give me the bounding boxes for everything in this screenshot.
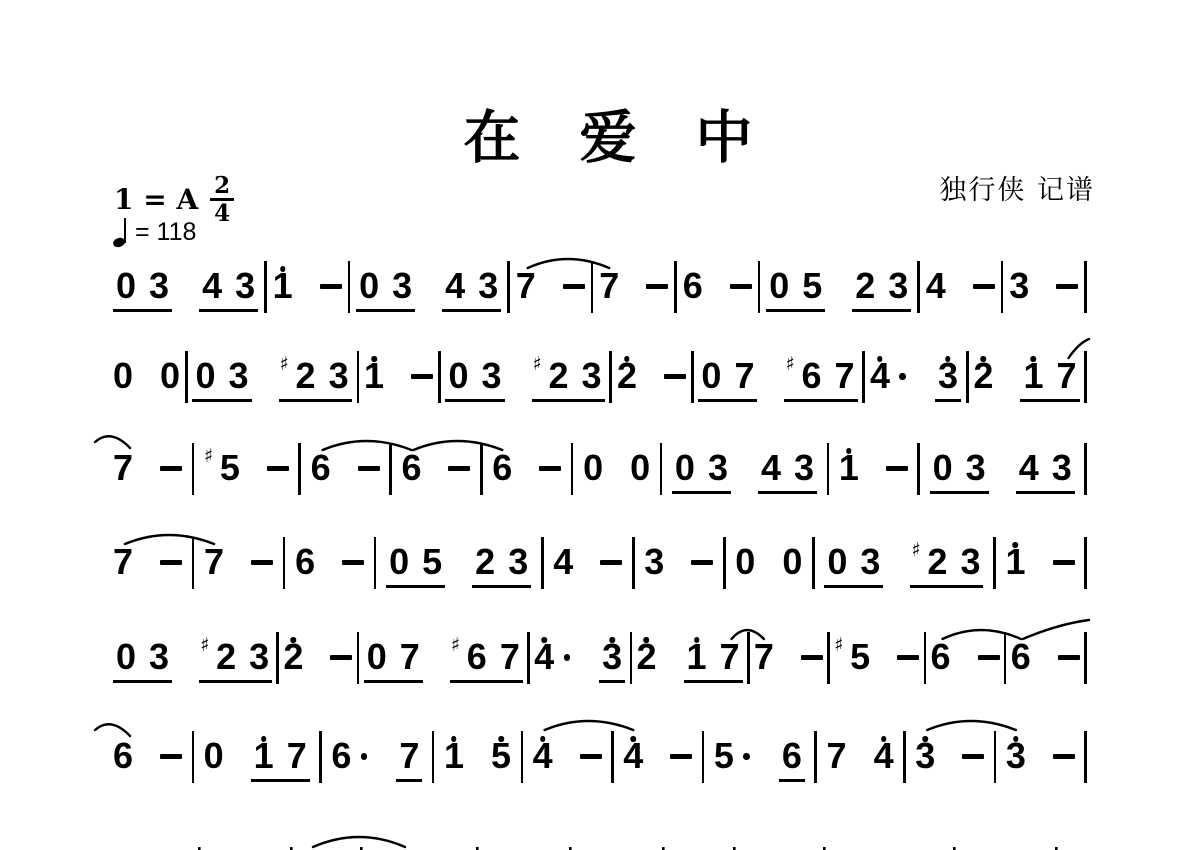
barline bbox=[702, 731, 705, 783]
note: 3 bbox=[149, 637, 169, 677]
beam-group: 03 bbox=[672, 448, 731, 494]
note: 2♯ bbox=[927, 542, 947, 582]
note: 0 bbox=[701, 356, 721, 396]
measure: 7 bbox=[113, 542, 182, 582]
beam-group: 43 bbox=[442, 266, 501, 312]
score-line: 032♯32076♯74321775♯66 bbox=[113, 637, 1087, 697]
note: 1 bbox=[687, 637, 707, 677]
barline bbox=[192, 443, 195, 495]
score-line: 6017671544567433 bbox=[113, 736, 1087, 796]
measure: 0343 bbox=[356, 266, 501, 312]
sustain-dash bbox=[160, 466, 182, 471]
octave-dot bbox=[644, 637, 650, 643]
score: 03431034377605234300032♯31032♯32076♯7432… bbox=[113, 250, 1087, 810]
note: 0 bbox=[735, 542, 755, 582]
measure: 4 bbox=[623, 736, 692, 776]
measure: 217 bbox=[636, 637, 742, 683]
title-char: 在 bbox=[464, 104, 521, 172]
measure: 74 bbox=[827, 736, 894, 776]
beam-group: 03 bbox=[356, 266, 415, 312]
beam-group: 7 bbox=[396, 736, 422, 782]
octave-dot bbox=[945, 356, 951, 362]
note: 7 bbox=[287, 736, 307, 776]
note: 0 bbox=[583, 448, 603, 488]
note: 7 bbox=[400, 637, 420, 677]
barline bbox=[903, 731, 906, 783]
note: 0 bbox=[630, 448, 650, 488]
measure: 43 bbox=[870, 356, 961, 402]
measure: 00 bbox=[583, 448, 650, 488]
barline bbox=[185, 351, 188, 403]
barline bbox=[348, 261, 351, 313]
barline bbox=[966, 351, 969, 403]
note: 3 bbox=[249, 637, 269, 677]
octave-dot bbox=[1013, 736, 1019, 742]
measure: 6 bbox=[930, 637, 999, 677]
beam-group: 17 bbox=[1020, 356, 1079, 402]
note: 4 bbox=[534, 637, 554, 677]
barline bbox=[632, 537, 635, 589]
note: 7 bbox=[399, 736, 419, 776]
note: 6 bbox=[782, 736, 802, 776]
barline bbox=[862, 351, 865, 403]
title-char: 中 bbox=[696, 104, 753, 172]
barline bbox=[1084, 443, 1087, 495]
octave-dot bbox=[261, 736, 267, 742]
sustain-dash bbox=[580, 754, 602, 759]
measure: 032♯3 bbox=[824, 542, 983, 588]
octave-dot bbox=[881, 736, 887, 742]
note: 3 bbox=[860, 542, 880, 582]
beam-group: 43 bbox=[758, 448, 817, 494]
note: 4 bbox=[926, 266, 946, 306]
octave-dot bbox=[291, 637, 297, 643]
measure: 00 bbox=[113, 356, 180, 396]
sustain-dash bbox=[973, 284, 995, 289]
note: 7 bbox=[500, 637, 520, 677]
barline bbox=[389, 443, 392, 495]
note: 2♯ bbox=[549, 356, 569, 396]
beam-group: 03 bbox=[930, 448, 989, 494]
measure: 7 bbox=[516, 266, 585, 306]
note: 5 bbox=[802, 266, 822, 306]
note: 6 bbox=[401, 448, 421, 488]
note: 3 bbox=[708, 448, 728, 488]
note: 7 bbox=[835, 356, 855, 396]
note: 0 bbox=[195, 356, 215, 396]
measure: 1 bbox=[273, 266, 342, 306]
barline bbox=[357, 632, 360, 684]
sustain-dash bbox=[664, 374, 686, 379]
note: 4 bbox=[533, 736, 553, 776]
note: 0 bbox=[116, 266, 136, 306]
measure: 2 bbox=[617, 356, 686, 396]
barline bbox=[298, 443, 301, 495]
note: 6 bbox=[295, 542, 315, 582]
note: 6 bbox=[1011, 637, 1031, 677]
sustain-dash bbox=[358, 466, 380, 471]
sustain-dash bbox=[1053, 754, 1075, 759]
barline bbox=[1084, 261, 1087, 313]
measure: 4 bbox=[553, 542, 622, 582]
sheet-music-page: 在 爱 中 1 = A 2 4 = 118 独行侠 记谱 03431034377… bbox=[0, 0, 1200, 850]
sustain-dash bbox=[411, 374, 433, 379]
beam-group: 2♯3 bbox=[532, 356, 605, 402]
measure: 7 bbox=[754, 637, 823, 677]
measure: 0523 bbox=[386, 542, 531, 588]
octave-dot bbox=[540, 736, 546, 742]
note: 2 bbox=[283, 637, 303, 677]
note: 1 bbox=[254, 736, 274, 776]
barline bbox=[691, 351, 694, 403]
barline bbox=[438, 351, 441, 403]
barline bbox=[993, 537, 996, 589]
barline bbox=[994, 731, 997, 783]
note: 3 bbox=[149, 266, 169, 306]
beam-group: 03 bbox=[113, 637, 172, 683]
measure: 43 bbox=[534, 637, 625, 683]
measure: 1 bbox=[364, 356, 433, 396]
sustain-dash bbox=[1053, 560, 1075, 565]
sharp-icon: ♯ bbox=[911, 541, 920, 560]
note: 7 bbox=[720, 637, 740, 677]
note: 3 bbox=[235, 266, 255, 306]
beam-group: 43 bbox=[199, 266, 258, 312]
page-title: 在 爱 中 bbox=[0, 104, 1200, 172]
measure: 6 bbox=[683, 266, 752, 306]
note: 0 bbox=[448, 356, 468, 396]
note: 0 bbox=[160, 356, 180, 396]
note: 0 bbox=[204, 736, 224, 776]
score-line: 034310343776052343 bbox=[113, 266, 1087, 326]
note: 6 bbox=[331, 736, 351, 776]
measure: 0523 bbox=[766, 266, 911, 312]
sharp-icon: ♯ bbox=[834, 636, 843, 655]
note: 6 bbox=[683, 266, 703, 306]
note: 3 bbox=[966, 448, 986, 488]
beam-group: 2♯3 bbox=[279, 356, 352, 402]
score-line: 77605234300032♯31 bbox=[113, 542, 1087, 602]
sharp-icon: ♯ bbox=[280, 355, 289, 374]
measure: 3 bbox=[1006, 736, 1075, 776]
measure: 017 bbox=[204, 736, 310, 782]
score-line: 00032♯31032♯32076♯743217 bbox=[113, 356, 1087, 416]
sustain-dash bbox=[563, 284, 585, 289]
barline bbox=[609, 351, 612, 403]
barline bbox=[527, 632, 530, 684]
note: 7 bbox=[516, 266, 536, 306]
barline bbox=[924, 632, 927, 684]
beam-group: 07 bbox=[698, 356, 757, 402]
measure: 5♯ bbox=[834, 637, 919, 677]
note: 4 bbox=[553, 542, 573, 582]
note: 3 bbox=[1009, 266, 1029, 306]
measure: 0343 bbox=[930, 448, 1075, 494]
note: 4 bbox=[623, 736, 643, 776]
note: 4 bbox=[874, 736, 894, 776]
note: 3 bbox=[329, 356, 349, 396]
time-signature: 2 4 bbox=[210, 174, 234, 225]
sustain-dash bbox=[646, 284, 668, 289]
note: 1 bbox=[444, 736, 464, 776]
octave-dot bbox=[609, 637, 615, 643]
note: 2♯ bbox=[296, 356, 316, 396]
barline bbox=[827, 632, 830, 684]
note: 6 bbox=[930, 637, 950, 677]
measure: 2 bbox=[283, 637, 352, 677]
barline bbox=[571, 443, 574, 495]
note: 0 bbox=[782, 542, 802, 582]
measure: 3 bbox=[644, 542, 713, 582]
barline bbox=[1084, 632, 1087, 684]
measure: 4 bbox=[533, 736, 602, 776]
barline bbox=[758, 261, 761, 313]
barline bbox=[1084, 731, 1087, 783]
beam-group: 03 bbox=[113, 266, 172, 312]
sustain-dash bbox=[448, 466, 470, 471]
note: 3 bbox=[481, 356, 501, 396]
note: 3 bbox=[229, 356, 249, 396]
note: 4 bbox=[870, 356, 890, 396]
barline bbox=[374, 537, 377, 589]
note: 5 bbox=[422, 542, 442, 582]
note: 3 bbox=[888, 266, 908, 306]
augmentation-dot bbox=[361, 753, 368, 760]
note: 0 bbox=[769, 266, 789, 306]
beam-group: 23 bbox=[472, 542, 531, 588]
note: 7 bbox=[113, 542, 133, 582]
barline bbox=[1084, 537, 1087, 589]
barline bbox=[276, 632, 279, 684]
beam-group: 05 bbox=[386, 542, 445, 588]
beam-group: 6 bbox=[779, 736, 805, 782]
barline bbox=[264, 261, 267, 313]
measure: 1 bbox=[839, 448, 908, 488]
note: 0 bbox=[113, 356, 133, 396]
barline bbox=[917, 261, 920, 313]
beam-group: 23 bbox=[852, 266, 911, 312]
augmentation-dot bbox=[899, 373, 906, 380]
beam-group: 3 bbox=[599, 637, 625, 683]
measure: 4 bbox=[926, 266, 995, 306]
note: 7 bbox=[599, 266, 619, 306]
note: 2 bbox=[855, 266, 875, 306]
sharp-icon: ♯ bbox=[200, 636, 209, 655]
note: 3 bbox=[508, 542, 528, 582]
barline bbox=[283, 537, 286, 589]
augmentation-dot bbox=[564, 654, 571, 661]
measure: 15 bbox=[444, 736, 511, 776]
barline bbox=[357, 351, 360, 403]
beam-group: 3 bbox=[935, 356, 961, 402]
measure: 6 bbox=[1011, 637, 1080, 677]
sustain-dash bbox=[730, 284, 752, 289]
note: 7 bbox=[827, 736, 847, 776]
beam-group: 2♯3 bbox=[910, 542, 983, 588]
sustain-dash bbox=[670, 754, 692, 759]
augmentation-dot bbox=[743, 753, 750, 760]
note: 7 bbox=[113, 448, 133, 488]
sharp-icon: ♯ bbox=[451, 636, 460, 655]
tempo-marking: = 118 bbox=[113, 217, 196, 247]
sustain-dash bbox=[342, 560, 364, 565]
beam-group: 07 bbox=[364, 637, 423, 683]
note: 2♯ bbox=[216, 637, 236, 677]
barline bbox=[611, 731, 614, 783]
measure: 7 bbox=[204, 542, 273, 582]
barline bbox=[630, 632, 633, 684]
sharp-icon: ♯ bbox=[204, 447, 213, 466]
note: 1 bbox=[839, 448, 859, 488]
sustain-dash bbox=[539, 466, 561, 471]
measure: 217 bbox=[973, 356, 1079, 402]
barline bbox=[723, 537, 726, 589]
sustain-dash bbox=[801, 655, 823, 660]
note: 5 bbox=[491, 736, 511, 776]
measure: 6 bbox=[492, 448, 561, 488]
note: 2 bbox=[973, 356, 993, 396]
note: 3 bbox=[582, 356, 602, 396]
barline bbox=[521, 731, 524, 783]
measure: 0343 bbox=[113, 266, 258, 312]
note: 6♯ bbox=[467, 637, 487, 677]
barline bbox=[192, 731, 195, 783]
measure: 6 bbox=[401, 448, 470, 488]
note: 0 bbox=[675, 448, 695, 488]
sustain-dash bbox=[1056, 284, 1078, 289]
measure: 56 bbox=[714, 736, 805, 782]
sharp-icon: ♯ bbox=[533, 355, 542, 374]
note: 5♯ bbox=[220, 448, 240, 488]
note: 7 bbox=[204, 542, 224, 582]
barline bbox=[480, 443, 483, 495]
barline bbox=[432, 731, 435, 783]
note: 6 bbox=[113, 736, 133, 776]
note: 3 bbox=[1006, 736, 1026, 776]
note: 5 bbox=[714, 736, 734, 776]
octave-dot bbox=[922, 736, 928, 742]
barline bbox=[1001, 261, 1004, 313]
note: 6 bbox=[311, 448, 331, 488]
note: 3 bbox=[478, 266, 498, 306]
measure: 5♯ bbox=[204, 448, 289, 488]
beam-group: 03 bbox=[445, 356, 504, 402]
sustain-dash bbox=[1058, 655, 1080, 660]
note: 3 bbox=[1052, 448, 1072, 488]
measure: 032♯3 bbox=[192, 356, 351, 402]
note: 3 bbox=[915, 736, 935, 776]
beam-group: 6♯7 bbox=[450, 637, 523, 683]
octave-dot bbox=[1013, 542, 1019, 548]
title-char: 爱 bbox=[580, 104, 637, 172]
sustain-dash bbox=[330, 655, 352, 660]
sustain-dash bbox=[600, 560, 622, 565]
sustain-dash bbox=[251, 560, 273, 565]
octave-dot bbox=[451, 736, 457, 742]
time-numerator: 2 bbox=[210, 174, 234, 201]
barline bbox=[674, 261, 677, 313]
note: 7 bbox=[734, 356, 754, 396]
note: 4 bbox=[761, 448, 781, 488]
sustain-dash bbox=[691, 560, 713, 565]
sustain-dash bbox=[320, 284, 342, 289]
octave-dot bbox=[877, 356, 883, 362]
sustain-dash bbox=[886, 466, 908, 471]
note: 1 bbox=[1005, 542, 1025, 582]
barline bbox=[192, 537, 195, 589]
measure: 076♯7 bbox=[698, 356, 857, 402]
barline bbox=[541, 537, 544, 589]
beam-group: 43 bbox=[1016, 448, 1075, 494]
tempo-value: = 118 bbox=[135, 217, 196, 247]
note: 3 bbox=[794, 448, 814, 488]
sustain-dash bbox=[962, 754, 984, 759]
barline bbox=[1004, 632, 1007, 684]
measure: 6 bbox=[113, 736, 182, 776]
note: 5♯ bbox=[850, 637, 870, 677]
measure: 076♯7 bbox=[364, 637, 523, 683]
beam-group: 17 bbox=[251, 736, 310, 782]
note: 0 bbox=[359, 266, 379, 306]
note: 4 bbox=[202, 266, 222, 306]
note: 0 bbox=[827, 542, 847, 582]
measure: 0343 bbox=[672, 448, 817, 494]
transcriber-credit: 独行侠 记谱 bbox=[939, 175, 1095, 207]
octave-dot bbox=[541, 637, 547, 643]
score-line: 75♯66600034310343 bbox=[113, 448, 1087, 508]
octave-dot bbox=[981, 356, 987, 362]
barline bbox=[507, 261, 510, 313]
measure: 3 bbox=[1009, 266, 1078, 306]
measure: 1 bbox=[1005, 542, 1074, 582]
note: 3 bbox=[602, 637, 622, 677]
note: 0 bbox=[367, 637, 387, 677]
barline bbox=[812, 537, 815, 589]
beam-group: 17 bbox=[684, 637, 743, 683]
barline bbox=[917, 443, 920, 495]
sustain-dash bbox=[897, 655, 919, 660]
barline bbox=[1084, 351, 1087, 403]
key-label: 1 = A bbox=[114, 185, 198, 215]
barline bbox=[827, 443, 830, 495]
octave-dot bbox=[624, 356, 630, 362]
barline bbox=[747, 632, 750, 684]
beam-group: 05 bbox=[766, 266, 825, 312]
measure: 032♯3 bbox=[113, 637, 272, 683]
measure: 032♯3 bbox=[445, 356, 604, 402]
sharp-icon: ♯ bbox=[785, 355, 794, 374]
note: 1 bbox=[1023, 356, 1043, 396]
measure: 67 bbox=[331, 736, 422, 782]
measure: 00 bbox=[735, 542, 802, 582]
note: 3 bbox=[392, 266, 412, 306]
note: 3 bbox=[938, 356, 958, 396]
octave-dot bbox=[498, 736, 504, 742]
measure: 3 bbox=[915, 736, 984, 776]
octave-dot bbox=[1031, 356, 1037, 362]
octave-dot bbox=[631, 736, 637, 742]
note: 1 bbox=[364, 356, 384, 396]
barline bbox=[591, 261, 594, 313]
measure: 6 bbox=[311, 448, 380, 488]
barline bbox=[814, 731, 817, 783]
note: 7 bbox=[754, 637, 774, 677]
note: 6 bbox=[492, 448, 512, 488]
octave-dot bbox=[694, 637, 700, 643]
note: 7 bbox=[1056, 356, 1076, 396]
note: 0 bbox=[389, 542, 409, 582]
barline bbox=[319, 731, 322, 783]
